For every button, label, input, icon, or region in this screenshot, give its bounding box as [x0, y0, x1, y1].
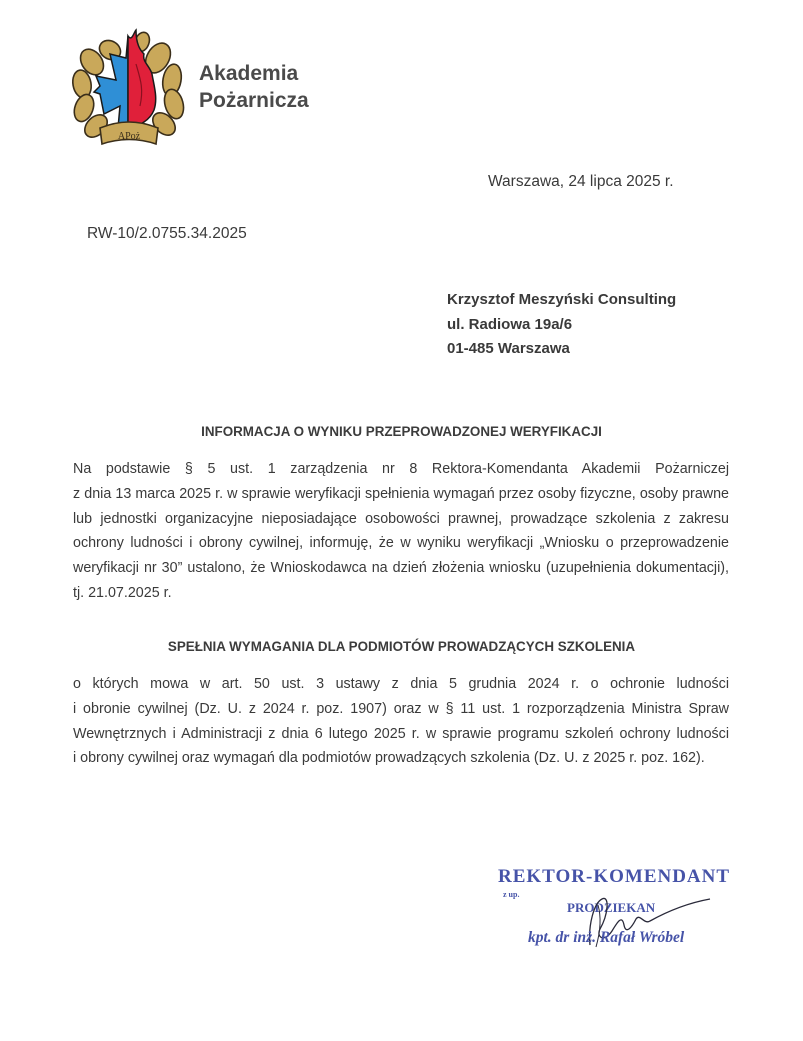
- legal-basis-paragraph: o których mowa w art. 50 ust. 3 ustawy z…: [73, 672, 729, 771]
- recipient-name: Krzysztof Meszyński Consulting: [447, 288, 676, 313]
- paragraph-line: z dnia 13 marca 2025 r. w sprawie weryfi…: [73, 482, 729, 507]
- academy-logo-icon: APoż: [70, 28, 188, 152]
- paragraph-line: lub jednostki organizacyjne nieposiadają…: [73, 507, 729, 532]
- meets-requirements-heading: SPEŁNIA WYMAGANIA DLA PODMIOTÓW PROWADZĄ…: [60, 639, 743, 654]
- signatory-name: kpt. dr inż. Rafał Wróbel: [528, 929, 684, 947]
- paragraph-line: Na podstawie § 5 ust. 1 zarządzenia nr 8…: [73, 457, 729, 482]
- paragraph-line: ochrony ludności i obrony cywilnej, info…: [73, 531, 729, 556]
- svg-text:APoż: APoż: [118, 131, 141, 142]
- verification-result-heading: INFORMACJA O WYNIKU PRZEPROWADZONEJ WERY…: [60, 424, 743, 439]
- paragraph-line: i obrony cywilnej oraz wymagań dla podmi…: [73, 746, 729, 771]
- paragraph-line: o których mowa w art. 50 ust. 3 ustawy z…: [73, 672, 729, 697]
- paragraph-line: tj. 21.07.2025 r.: [73, 581, 729, 606]
- recipient-street: ul. Radiowa 19a/6: [447, 313, 676, 338]
- organization-name-line2: Pożarnicza: [199, 87, 309, 114]
- organization-name-line1: Akademia: [199, 60, 309, 87]
- recipient-city: 01-485 Warszawa: [447, 337, 676, 362]
- organization-name: Akademia Pożarnicza: [199, 60, 309, 114]
- paragraph-line: i obronie cywilnej (Dz. U. z 2024 r. poz…: [73, 697, 729, 722]
- reference-number: RW-10/2.0755.34.2025: [87, 225, 247, 243]
- verification-paragraph: Na podstawie § 5 ust. 1 zarządzenia nr 8…: [73, 457, 729, 606]
- stamp-on-behalf: z up.: [503, 890, 519, 899]
- paragraph-line: Wewnętrznych i Administracji z dnia 6 lu…: [73, 722, 729, 747]
- place-and-date: Warszawa, 24 lipca 2025 r.: [488, 173, 674, 191]
- recipient-address: Krzysztof Meszyński Consulting ul. Radio…: [447, 288, 676, 362]
- paragraph-line: weryfikacji nr 30” ustalono, że Wnioskod…: [73, 556, 729, 581]
